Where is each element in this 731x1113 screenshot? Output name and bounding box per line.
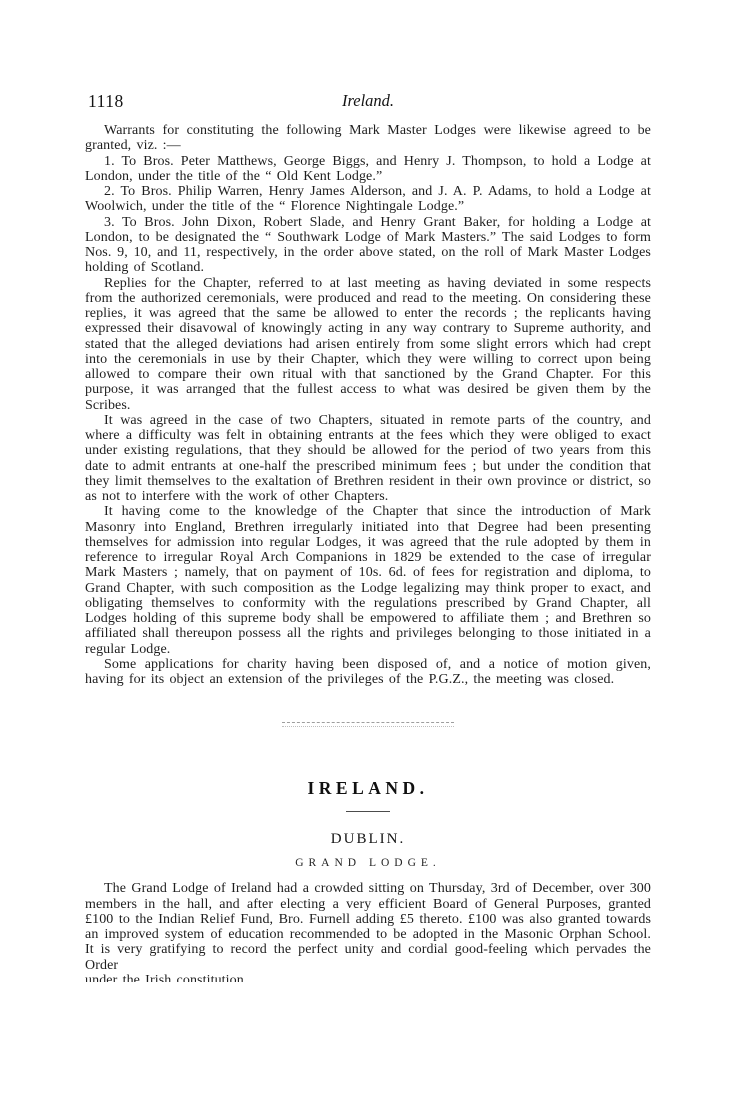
truncated-last-line: under the Irish constitution <box>85 973 651 982</box>
ireland-section: IRELAND. DUBLIN. GRAND LODGE. The Grand … <box>85 778 651 982</box>
section-heading: IRELAND. <box>85 778 651 799</box>
running-title: Ireland. <box>85 91 651 111</box>
paragraph-two-chapters: It was agreed in the case of two Chapter… <box>85 413 651 505</box>
paragraph-irregular-masters: It having come to the knowledge of the C… <box>85 504 651 657</box>
section-divider-rule <box>282 722 454 727</box>
page-header: 1118 Ireland. <box>85 91 651 113</box>
paragraph-grand-lodge-ireland: The Grand Lodge of Ireland had a crowded… <box>85 881 651 973</box>
scanned-document-page: 1118 Ireland. Warrants for constituting … <box>0 0 731 1113</box>
paragraph-lodge-item-3: 3. To Bros. John Dixon, Robert Slade, an… <box>85 215 651 276</box>
paragraph-warrants: Warrants for constituting the following … <box>85 123 651 154</box>
text-block: 1118 Ireland. Warrants for constituting … <box>85 91 651 982</box>
grand-lodge-heading: GRAND LODGE. <box>85 857 651 869</box>
mark-masters-report-section: Warrants for constituting the following … <box>85 123 651 687</box>
paragraph-lodge-item-1: 1. To Bros. Peter Matthews, George Biggs… <box>85 154 651 185</box>
paragraph-charity-closing: Some applications for charity having bee… <box>85 657 651 688</box>
place-heading: DUBLIN. <box>85 831 651 848</box>
truncated-line-text: under the Irish constitution <box>85 973 651 982</box>
paragraph-lodge-item-2: 2. To Bros. Philip Warren, Henry James A… <box>85 184 651 215</box>
paragraph-replies: Replies for the Chapter, referred to at … <box>85 276 651 413</box>
heading-rule <box>346 811 390 812</box>
